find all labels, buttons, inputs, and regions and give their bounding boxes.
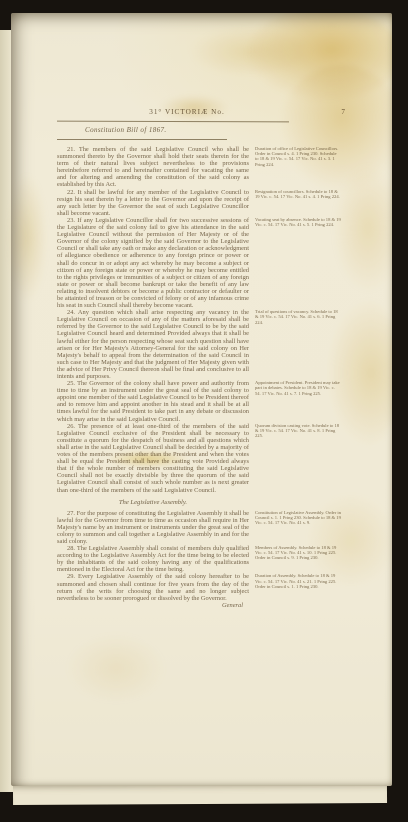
clause-29-body: 29. Every Legislative Assembly of the sa…	[57, 573, 249, 601]
foxing-stain	[7, 173, 47, 303]
clause-23-body: 23. If any Legislative Councillor shall …	[57, 217, 249, 309]
clause-24: 24. Any question which shall arise respe…	[57, 309, 349, 380]
clause-24-margin-note: Trial of questions of vacancy. Schedule …	[249, 309, 341, 325]
running-header: 31° VICTORIÆ No.	[92, 108, 282, 116]
document-page: 31° VICTORIÆ No. 7 Constitution Bill of …	[11, 13, 392, 786]
foxing-stain	[191, 27, 311, 77]
clause-28: 28. The Legislative Assembly shall consi…	[57, 545, 349, 573]
photo-backdrop: 31° VICTORIÆ No. 7 Constitution Bill of …	[0, 0, 408, 822]
clause-21-margin-note: Duration of office of Legislative Counci…	[249, 146, 341, 167]
clause-27: 27. For the purpose of constituting the …	[57, 510, 349, 545]
clause-26: 26. The presence of at least one-third o…	[57, 423, 349, 494]
clause-22: 22. It shall be lawful for any member of…	[57, 189, 349, 217]
clause-27-margin-note: Constitution of Legislative Assembly. Or…	[249, 510, 341, 526]
clause-23: 23. If any Legislative Councillor shall …	[57, 217, 349, 309]
clause-21-body: 21. The members of the said Legislative …	[57, 146, 249, 189]
clause-26-body: 26. The presence of at least one-third o…	[57, 423, 249, 494]
section-subheading: The Legislative Assembly.	[57, 499, 249, 506]
text-block: 21. The members of the said Legislative …	[57, 146, 349, 609]
clause-22-margin-note: Resignation of councillors. Schedule to …	[249, 189, 341, 199]
clause-26-margin-note: Quorum division casting vote. Schedule t…	[249, 423, 341, 439]
clause-21: 21. The members of the said Legislative …	[57, 146, 349, 189]
bill-title: Constitution Bill of 1867.	[85, 126, 167, 134]
clause-29-margin-note: Duration of Assembly. Schedule to 18 & 1…	[249, 573, 341, 589]
page-number: 7	[341, 108, 345, 116]
clause-25-body: 25. The Governor of the colony shall hav…	[57, 380, 249, 423]
underlying-page-bottom-edge	[13, 783, 387, 805]
header-rule	[57, 121, 289, 123]
foxing-stain	[66, 633, 166, 703]
catchword: General	[57, 602, 243, 609]
clause-22-body: 22. It shall be lawful for any member of…	[57, 189, 249, 217]
clause-28-margin-note: Members of Assembly. Schedule to 18 & 19…	[249, 545, 341, 561]
clause-23-margin-note: Vacating seat by absence. Schedule to 18…	[249, 217, 341, 227]
title-rule	[57, 139, 227, 140]
page-header: 31° VICTORIÆ No. 7	[57, 108, 347, 118]
clause-27-body: 27. For the purpose of constituting the …	[57, 510, 249, 545]
clause-24-body: 24. Any question which shall arise respe…	[57, 309, 249, 380]
clause-28-body: 28. The Legislative Assembly shall consi…	[57, 545, 249, 573]
foxing-stain	[246, 7, 401, 102]
clause-29: 29. Every Legislative Assembly of the sa…	[57, 573, 349, 601]
clause-25: 25. The Governor of the colony shall hav…	[57, 380, 349, 423]
clause-25-margin-note: Appointment of President. President may …	[249, 380, 341, 396]
